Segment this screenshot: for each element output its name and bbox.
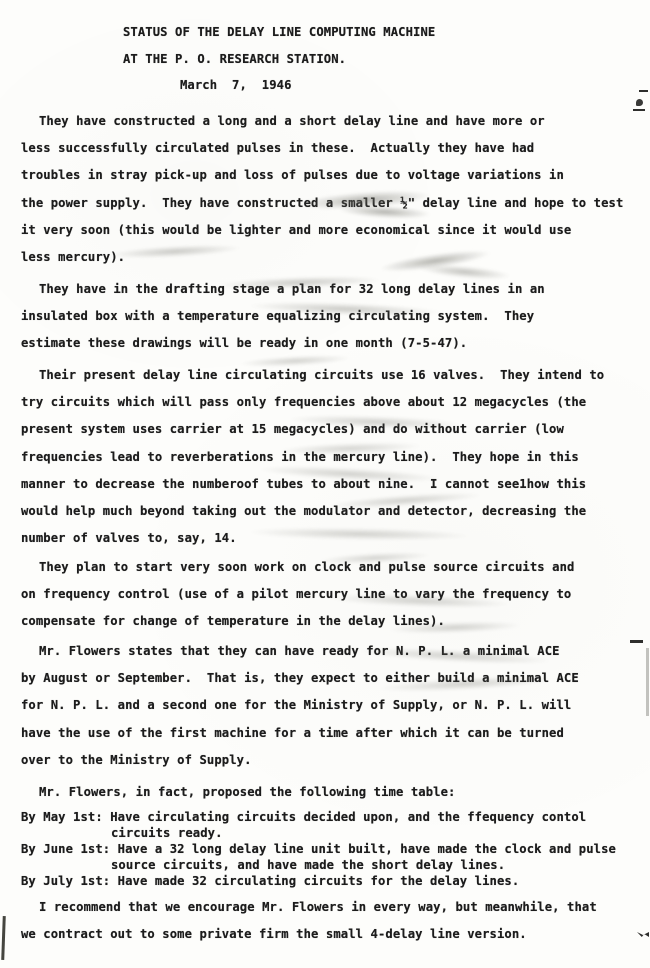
text-line: it very soon (this would be lighter and … <box>21 217 636 244</box>
text-line: less successfully circulated pulses in t… <box>21 135 636 162</box>
document-date: March 7, 1946 <box>180 78 292 93</box>
text-line: By May 1st: Have circulating circuits de… <box>21 810 636 826</box>
document-title-line-1: STATUS OF THE DELAY LINE COMPUTING MACHI… <box>123 25 435 40</box>
text-line: the power supply. They have constructed … <box>21 190 636 217</box>
text-line: By July 1st: Have made 32 circulating ci… <box>21 874 636 890</box>
text-line: try circuits which will pass only freque… <box>21 389 636 416</box>
text-line: Mr. Flowers, in fact, proposed the follo… <box>21 779 636 806</box>
text-line: insulated box with a temperature equaliz… <box>21 303 636 330</box>
text-line: troubles in stray pick-up and loss of pu… <box>21 162 636 189</box>
timetable-entry-may: By May 1st: Have circulating circuits de… <box>21 810 636 842</box>
text-line: number of valves to, say, 14. <box>21 525 636 552</box>
text-line: have the use of the first machine for a … <box>21 720 636 747</box>
text-line: on frequency control (use of a pilot mer… <box>21 581 636 608</box>
edge-mark <box>639 90 648 92</box>
paragraph-flowers-minimal-ace: Mr. Flowers states that they can have re… <box>21 638 636 774</box>
timetable-entry-june: By June 1st: Have a 32 long delay line u… <box>21 842 636 874</box>
text-line: frequencies lead to reverberations in th… <box>21 444 636 471</box>
text-line: estimate these drawings will be ready in… <box>21 330 636 357</box>
text-line: By June 1st: Have a 32 long delay line u… <box>21 842 636 858</box>
text-line: Mr. Flowers states that they can have re… <box>21 638 636 665</box>
text-line: less mercury). <box>21 244 636 271</box>
timetable-entry-july: By July 1st: Have made 32 circulating ci… <box>21 874 636 890</box>
edge-scan-line <box>646 648 649 716</box>
text-line: I recommend that we encourage Mr. Flower… <box>21 894 636 921</box>
text-line: by August or September. That is, they ex… <box>21 665 636 692</box>
paragraph-clock-pulse-plans: They plan to start very soon work on clo… <box>21 554 636 636</box>
text-line: They plan to start very soon work on clo… <box>21 554 636 581</box>
text-line: manner to decrease the numberoof tubes t… <box>21 471 636 498</box>
edge-mark <box>1 916 6 960</box>
paragraph-circulating-circuits: Their present delay line circulating cir… <box>21 362 636 552</box>
text-line: compensate for change of temperature in … <box>21 608 636 635</box>
text-line: would help much beyond taking out the mo… <box>21 498 636 525</box>
paragraph-recommendation: I recommend that we encourage Mr. Flower… <box>21 894 636 948</box>
document-title-line-2: AT THE P. O. RESEARCH STATION. <box>123 52 346 67</box>
text-line: source circuits, and have made the short… <box>21 858 636 874</box>
text-line: present system uses carrier at 15 megacy… <box>21 416 636 443</box>
edge-mark <box>637 932 649 937</box>
text-line: for N. P. L. and a second one for the Mi… <box>21 692 636 719</box>
paragraph-drafting-stage: They have in the drafting stage a plan f… <box>21 276 636 358</box>
paragraph-construction-status: They have constructed a long and a short… <box>21 108 636 271</box>
edge-mark <box>636 99 643 106</box>
text-line: circuits ready. <box>21 826 636 842</box>
paragraph-timetable-intro: Mr. Flowers, in fact, proposed the follo… <box>21 779 636 806</box>
text-line: we contract out to some private firm the… <box>21 921 636 948</box>
text-line: over to the Ministry of Supply. <box>21 747 636 774</box>
document-page: STATUS OF THE DELAY LINE COMPUTING MACHI… <box>0 0 650 968</box>
text-line: They have in the drafting stage a plan f… <box>21 276 636 303</box>
text-line: Their present delay line circulating cir… <box>21 362 636 389</box>
timetable: By May 1st: Have circulating circuits de… <box>21 810 636 890</box>
text-line: They have constructed a long and a short… <box>21 108 636 135</box>
